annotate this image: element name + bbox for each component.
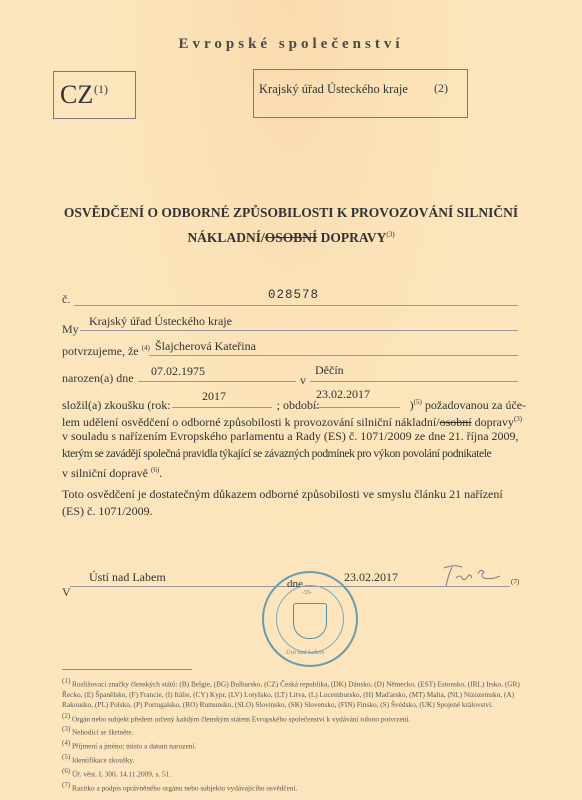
body-line2-text: lem udělení osvědčení o odborné způsobil…: [62, 415, 440, 429]
country-code-note: (1): [94, 82, 108, 97]
body-transport: dopravy: [472, 415, 514, 429]
we-label: My: [62, 322, 79, 337]
footnote-mark: (1): [62, 677, 70, 685]
exam-label: složil(a) zkoušku (rok:: [62, 398, 171, 412]
footnote-mark: (6): [62, 767, 70, 775]
title-freight: NÁKLADNÍ/: [187, 230, 264, 245]
signing-place: Ústí nad Labem: [89, 570, 166, 585]
authority-name: Krajský úřad Ústeckého kraje: [259, 82, 408, 97]
footnote-mark: (2): [62, 712, 70, 720]
footnote-mark: (5): [62, 753, 70, 761]
header-title: Evropské společenství: [0, 36, 582, 53]
certificate-title-line2: NÁKLADNÍ/OSOBNÍ DOPRAVY(3): [0, 230, 582, 246]
footnote-3: (3) Nehodící se škrtněte.: [62, 724, 532, 738]
certificate-page: Evropské společenství CZ (1) Krajský úřa…: [0, 0, 582, 800]
footnote-rule: [62, 669, 192, 670]
country-code-box: CZ (1): [53, 71, 136, 119]
stamp-number: -55-: [302, 590, 312, 596]
confirm-note: (4): [142, 344, 150, 352]
exam-suffix: požadovanou za úče-: [422, 398, 526, 412]
footnote-text: Identifikace zkoušky.: [72, 756, 134, 765]
authority-note: (2): [434, 81, 448, 96]
footnote-text: Rozlišovací značky členských států: (B) …: [62, 679, 520, 709]
stamp-bottom-text: Ústí nad Labem: [286, 650, 324, 656]
place-label: V: [62, 585, 71, 600]
title-transport: DOPRAVY: [317, 230, 386, 245]
footnote-2: (2) Orgán nebo subjekt předem určený kaž…: [62, 711, 532, 725]
footnote-4: (4) Příjmení a jméno; místo a datum naro…: [62, 738, 532, 752]
footnote-5: (5) Identifikace zkoušky.: [62, 752, 532, 766]
sign-note: (7): [511, 578, 519, 586]
exam-period: 23.02.2017: [316, 387, 370, 402]
footnote-7: (7) Razítko a podpis oprávněného orgánu …: [62, 780, 532, 794]
footnote-text: Orgán nebo subjekt předem určený každým …: [72, 714, 410, 723]
signing-date: 23.02.2017: [344, 570, 398, 585]
body-note3: (3): [514, 415, 522, 423]
coat-of-arms-icon: [293, 603, 327, 639]
title-passenger-struck: OSOBNÍ: [265, 230, 318, 245]
body-line4: kterým se zavádějí společná pravidla týk…: [62, 445, 522, 462]
holder-name: Šlajcherová Kateřina: [155, 339, 256, 354]
exam-year-line: [172, 407, 272, 408]
born-label: narozen(a) dne: [62, 371, 134, 386]
we-line: [80, 330, 518, 331]
birth-place: Děčín: [315, 363, 344, 378]
footnote-text: Úř. věst. L 300, 14.11.2009, s. 51.: [72, 769, 171, 778]
footnote-text: Příjmení a jméno; místo a datum narození…: [72, 742, 196, 751]
exam-note: )(5): [410, 398, 422, 412]
body-line3: v souladu s nařízením Evropského parlame…: [62, 428, 522, 445]
birth-place-line: [310, 381, 518, 382]
birth-date-line: [138, 381, 296, 382]
period-label: ; období:: [277, 398, 320, 412]
title-note: (3): [386, 231, 394, 239]
official-stamp: KRAJSKÝ ÚŘAD ÚSTECKÉHO KRAJE -55- Ústí n…: [262, 571, 358, 667]
body-line5-text: v silniční dopravě: [62, 466, 148, 480]
issuing-authority: Krajský úřad Ústeckého kraje: [89, 314, 232, 329]
footnote-1: (1) Rozlišovací značky členských států: …: [62, 676, 532, 711]
authority-box: Krajský úřad Ústeckého kraje (2): [253, 69, 468, 118]
exam-period-line: [313, 407, 400, 408]
footnote-text: Razítko a podpis oprávněného orgánu nebo…: [72, 783, 297, 792]
footnotes: (1) Rozlišovací značky členských států: …: [62, 676, 532, 794]
body-line5: v silniční dopravě (6).: [62, 462, 522, 482]
number-line: [74, 305, 518, 306]
footnote-text: Nehodící se škrtněte.: [72, 728, 133, 737]
certificate-number: 028578: [268, 288, 319, 302]
footnote-mark: (3): [62, 725, 70, 733]
body-note6: (6): [151, 466, 159, 474]
signature-icon: [440, 562, 500, 590]
birth-date: 07.02.1975: [151, 364, 205, 379]
country-code: CZ: [60, 80, 93, 110]
confirm-label: potvrzujeme, že (4): [62, 344, 150, 359]
confirm-text: potvrzujeme, že: [62, 344, 139, 358]
proof-paragraph: Toto osvědčení je dostatečným důkazem od…: [62, 486, 527, 520]
born-in-label: v: [300, 373, 306, 388]
exam-year: 2017: [202, 389, 226, 404]
number-label: č.: [62, 292, 70, 307]
footnote-mark: (7): [62, 781, 70, 789]
footnote-mark: (4): [62, 739, 70, 747]
body-passenger-struck: osobní: [440, 415, 472, 429]
holder-line: [149, 355, 518, 356]
certificate-title-line1: OSVĚDČENÍ O ODBORNÉ ZPŮSOBILOSTI K PROVO…: [0, 205, 582, 221]
footnote-6: (6) Úř. věst. L 300, 14.11.2009, s. 51.: [62, 766, 532, 780]
